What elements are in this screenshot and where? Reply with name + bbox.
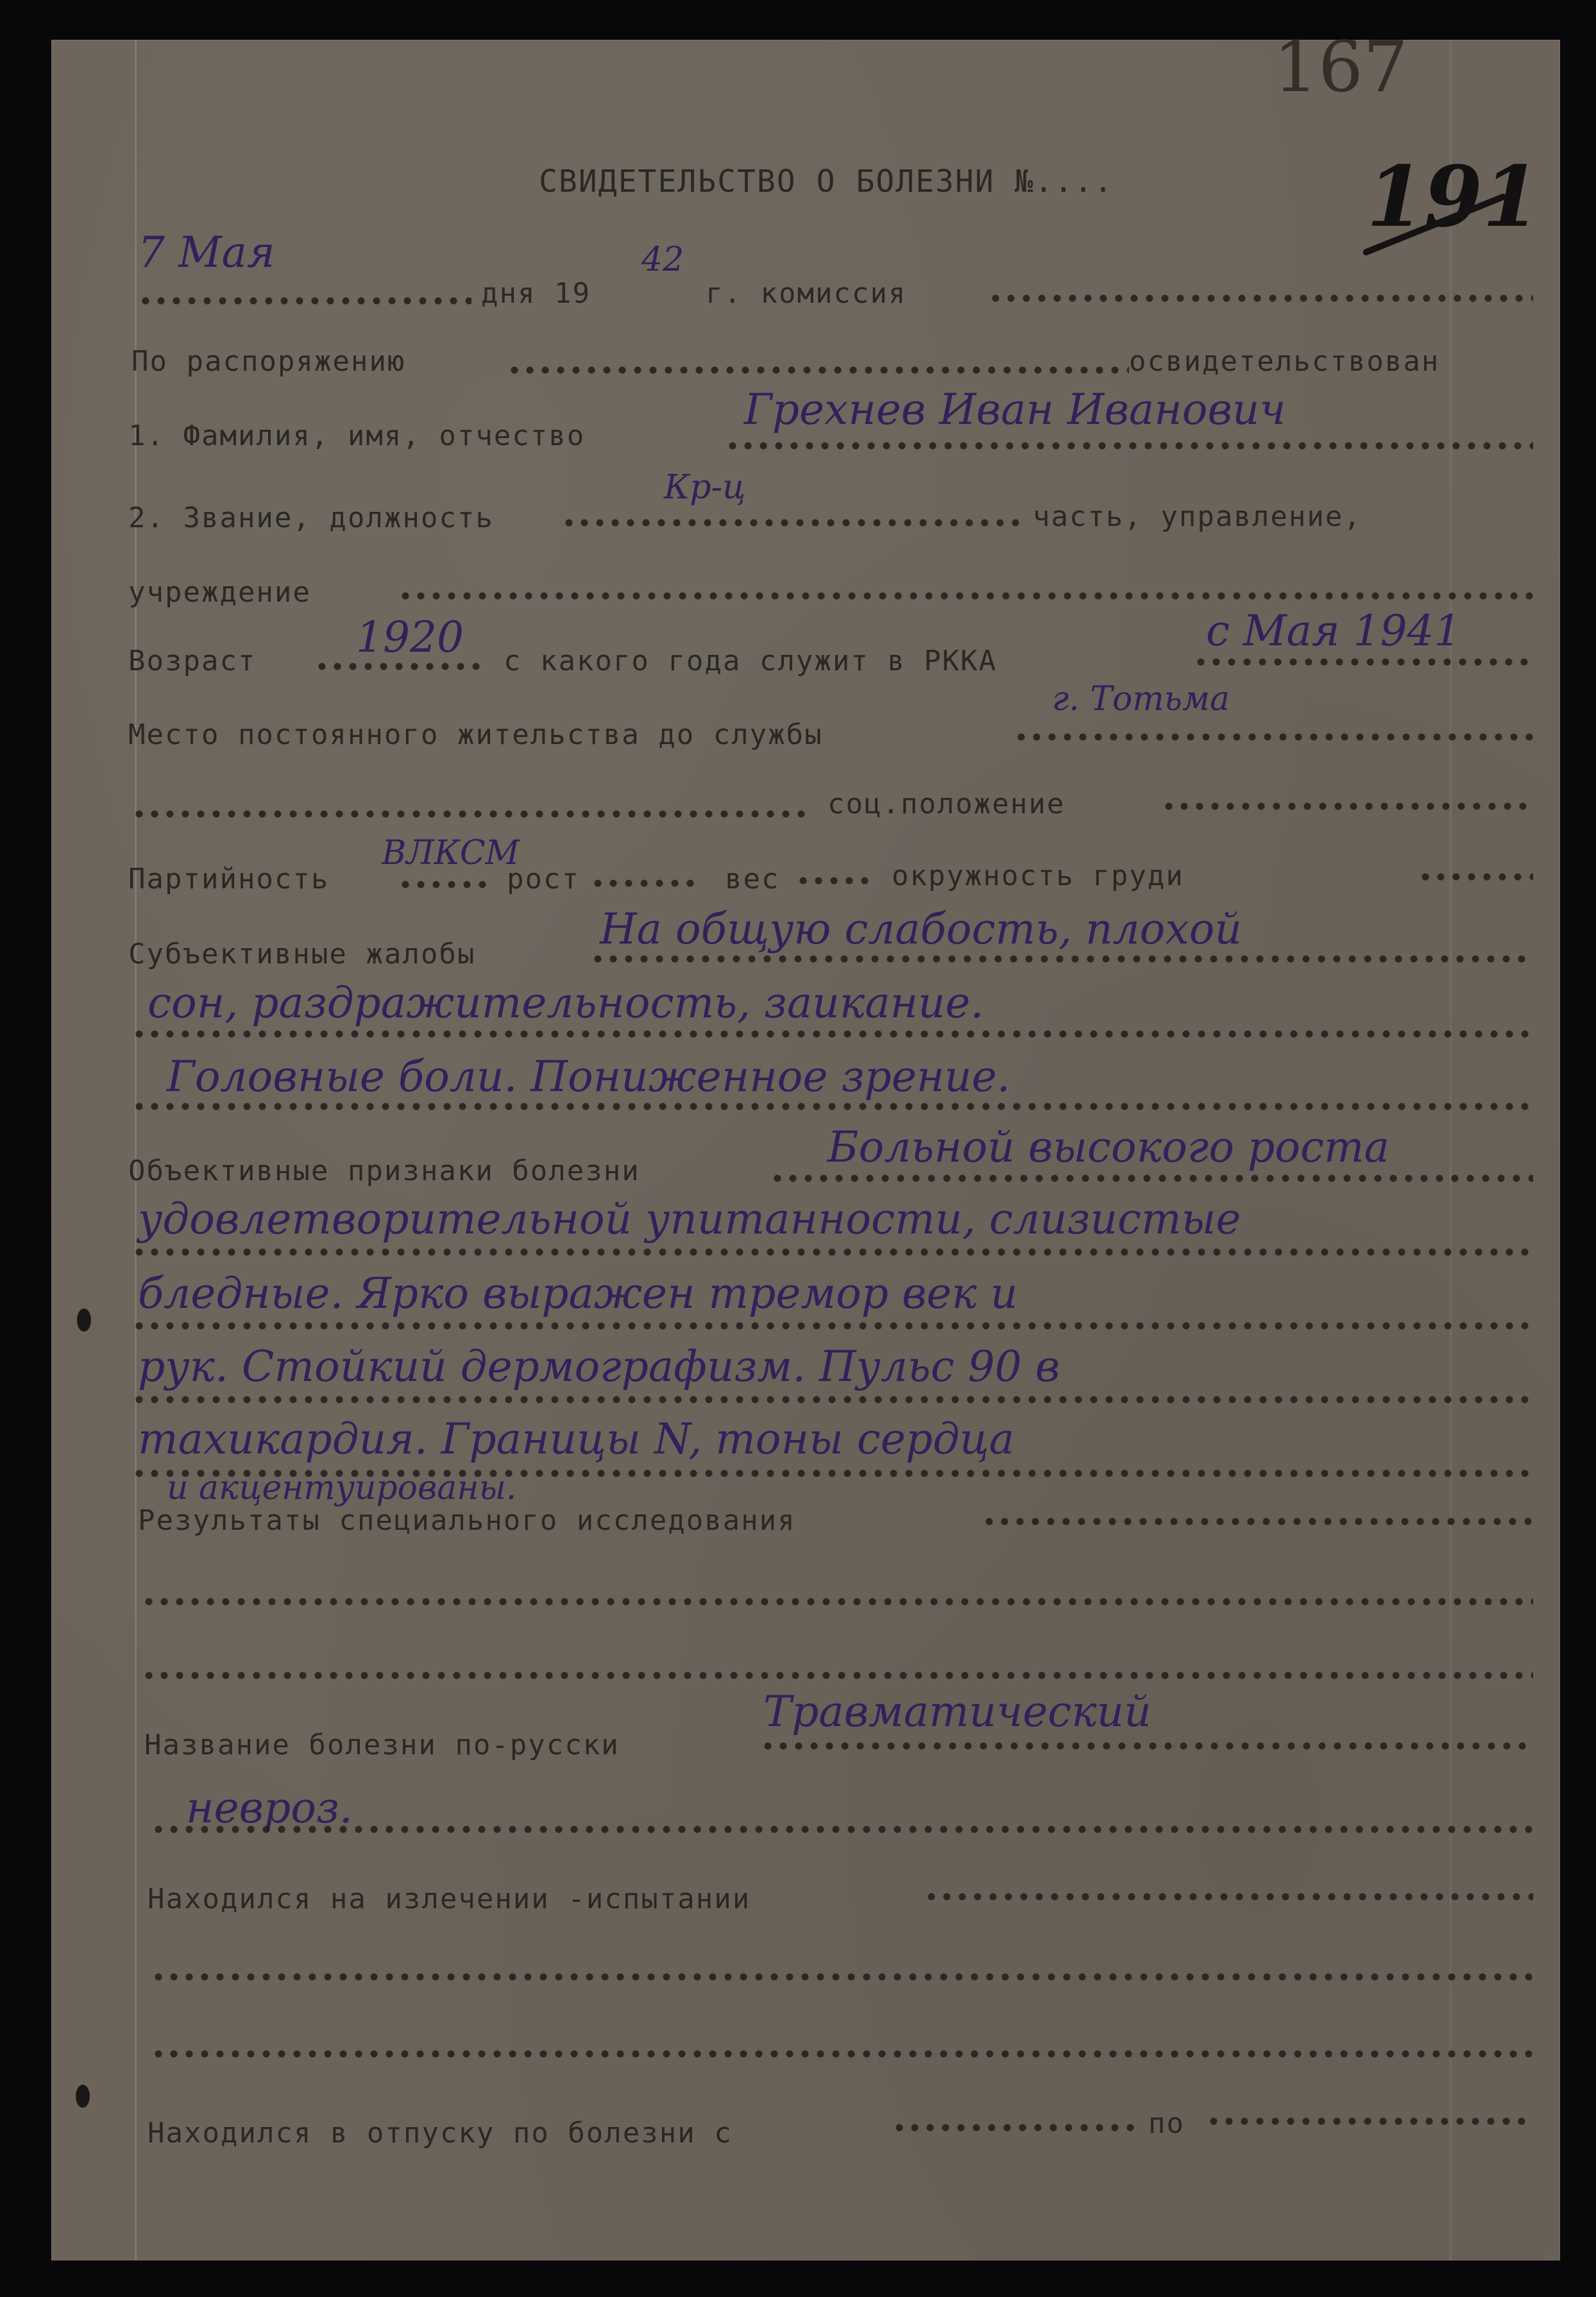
chest-label: окружность груди	[892, 860, 1184, 892]
dotted-line	[561, 518, 1023, 527]
dotted-line	[138, 296, 471, 305]
special-research-label: Результаты специального исследования	[138, 1504, 796, 1537]
date-year: 42	[641, 241, 684, 279]
service-label: с какого года служит в РККА	[504, 645, 997, 677]
objective-line-5: тахикардия. Границы N, тоны сердца	[138, 1414, 1014, 1464]
social-label: соц.положение	[828, 788, 1065, 820]
name-value: Грехнев Иван Иванович	[744, 385, 1286, 434]
dotted-line	[1206, 2117, 1533, 2126]
complaints-line-2: сон, раздражительность, заикание.	[148, 978, 984, 1028]
dotted-line	[988, 294, 1533, 303]
dotted-line	[1193, 657, 1533, 666]
dotted-line	[892, 2123, 1135, 2132]
dotted-line	[151, 1972, 1533, 1981]
dotted-line	[725, 441, 1533, 450]
rank-value: Кр-ц	[664, 468, 745, 507]
party-value: ВЛКСМ	[382, 834, 520, 872]
dotted-line	[1418, 872, 1533, 881]
leave-label: Находился в отпуску по болезни с	[148, 2117, 733, 2149]
objective-line-6: и акцентуированы.	[167, 1469, 516, 1507]
dotted-line	[151, 1825, 1533, 1834]
dotted-line	[132, 1102, 1533, 1111]
dotted-line	[1161, 802, 1533, 811]
archive-number-ink: 191	[1366, 148, 1540, 246]
leave-label-to: по	[1148, 2107, 1185, 2140]
dotted-line	[151, 2049, 1533, 2058]
dotted-line	[981, 1517, 1533, 1526]
dotted-line	[398, 880, 488, 889]
fold-line	[1450, 40, 1452, 2260]
diagnosis-line-1: Травматический	[763, 1687, 1151, 1736]
date-day-month: 7 Мая	[138, 228, 275, 277]
diagnosis-label: Название болезни по-русски	[144, 1729, 620, 1761]
date-label-commission: г. комиссия	[706, 277, 906, 310]
name-label: 1. Фамилия, имя, отчество	[128, 420, 585, 452]
dotted-line	[132, 1321, 1533, 1330]
residence-value: г. Тотьма	[1052, 680, 1230, 718]
dotted-line	[1014, 733, 1533, 742]
order-label: По распоряжению	[132, 345, 405, 378]
service-value: с Мая 1941	[1206, 606, 1461, 656]
dotted-line	[132, 809, 805, 818]
complaints-line-1: На общую слабость, плохой	[600, 904, 1242, 954]
objective-line-3: бледные. Ярко выражен тремор век и	[138, 1269, 1017, 1318]
rank-label: 2. Звание, должность	[128, 502, 494, 534]
binding-hole	[76, 2085, 90, 2108]
weight-label: вес	[725, 863, 779, 895]
treatment-label: Находился на излечении -испытании	[148, 1883, 751, 1915]
document-title: СВИДЕТЕЛЬСТВО О БОЛЕЗНИ №....	[539, 164, 1114, 199]
age-label: Возраст	[128, 645, 256, 677]
age-value: 1920	[356, 613, 464, 662]
dotted-line	[141, 1597, 1533, 1606]
rank-label-end: часть, управление,	[1033, 500, 1362, 533]
dotted-line	[132, 1248, 1533, 1257]
dotted-line	[590, 954, 1533, 963]
dotted-line	[398, 591, 1533, 600]
height-label: рост	[507, 863, 580, 895]
objective-label: Объективные признаки болезни	[128, 1155, 640, 1187]
objective-line-4: рук. Стойкий дермографизм. Пульс 90 в	[138, 1342, 1060, 1391]
dotted-line	[760, 1742, 1533, 1750]
order-label-end: освидетельствован	[1129, 345, 1439, 378]
binding-hole	[77, 1309, 91, 1332]
complaints-line-3: Головные боли. Пониженное зрение.	[167, 1052, 1010, 1101]
archive-number-pencil: 167	[1273, 26, 1408, 108]
objective-line-1: Больной высокого роста	[828, 1123, 1389, 1172]
dotted-line	[924, 1892, 1533, 1901]
dotted-line	[141, 1671, 1533, 1680]
dotted-line	[507, 366, 1129, 375]
complaints-label: Субъективные жалобы	[128, 938, 475, 971]
dotted-line	[132, 1030, 1533, 1038]
dotted-line	[132, 1395, 1533, 1404]
institution-label: учреждение	[128, 576, 311, 609]
dotted-line	[590, 879, 699, 888]
dotted-line	[795, 876, 872, 885]
dotted-line	[314, 662, 481, 671]
residence-label: Место постоянного жительства до службы	[128, 718, 823, 751]
objective-line-2: удовлетворительной упитанности, слизисты…	[138, 1194, 1241, 1244]
party-label: Партийность	[128, 863, 329, 895]
date-label-day: дня 19	[481, 277, 591, 310]
dotted-line	[770, 1174, 1533, 1183]
